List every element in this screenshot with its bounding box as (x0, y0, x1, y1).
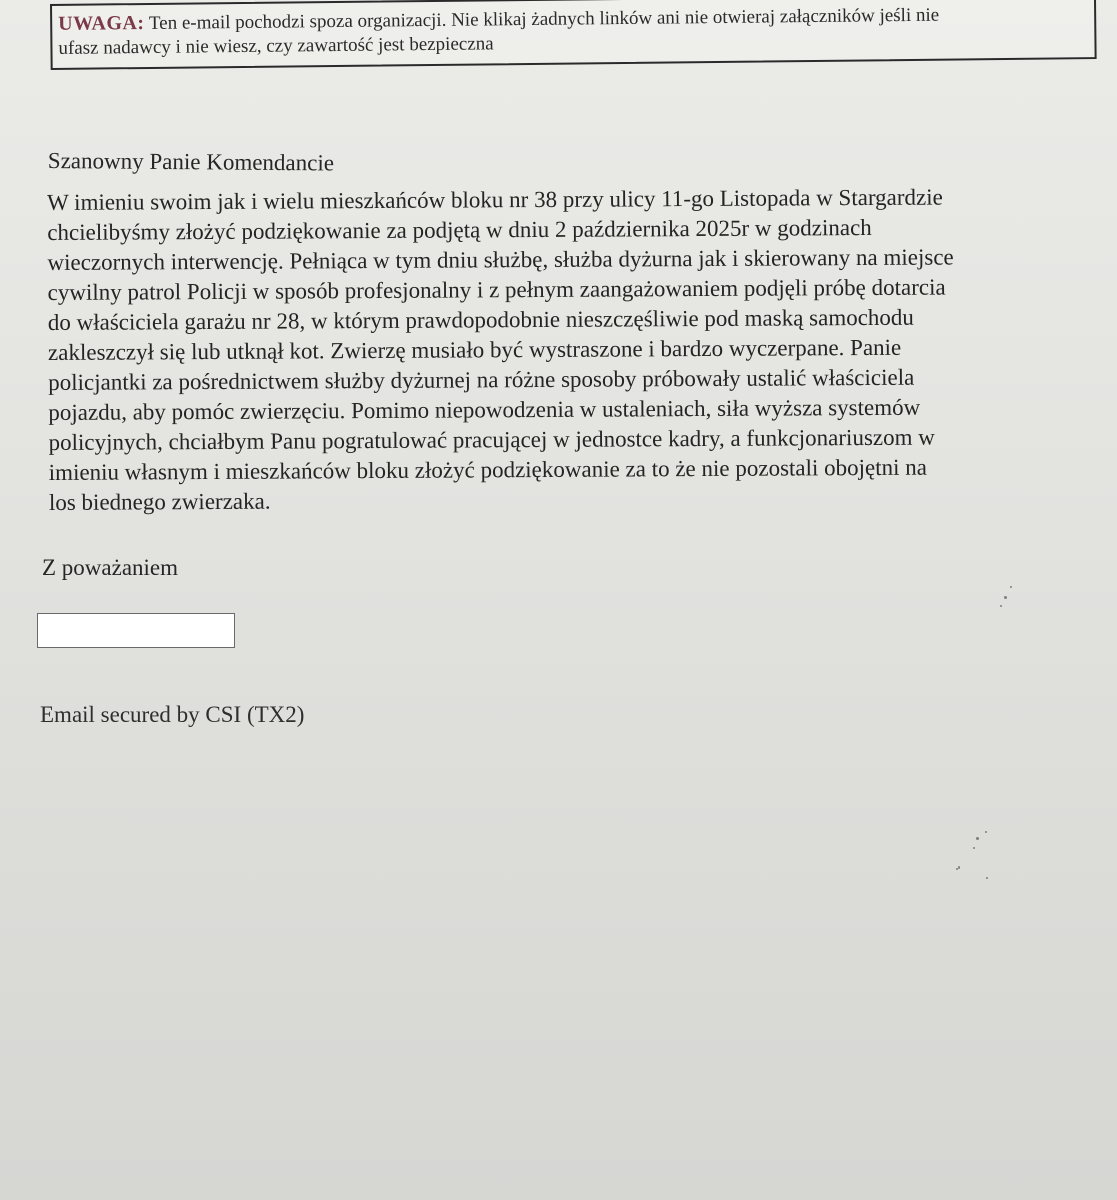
paper-speck (1000, 605, 1002, 607)
warning-text-line2: ufasz nadawcy i nie wiesz, czy zawartość… (58, 33, 493, 59)
body-line: los biednego zwierzaka. (49, 482, 1094, 518)
external-email-warning-banner: UWAGA: Ten e-mail pochodzi spoza organiz… (50, 0, 1097, 70)
letter-closing: Z poważaniem (42, 553, 178, 583)
body-line: W imieniu swoim jak i wielu mieszkańców … (47, 182, 1092, 218)
paper-speck (958, 866, 960, 869)
paper-speck (1004, 596, 1007, 599)
email-security-note: Email secured by CSI (TX2) (40, 700, 304, 730)
letter-body: W imieniu swoim jak i wielu mieszkańców … (47, 182, 1094, 518)
paper-speck (985, 831, 987, 833)
paper-speck (1010, 586, 1012, 588)
paper-speck (986, 877, 988, 879)
warning-text-line1: Ten e-mail pochodzi spoza organizacji. N… (144, 5, 939, 34)
paper-speck (973, 847, 975, 849)
letter-salutation: Szanowny Panie Komendancie (48, 146, 334, 178)
warning-label: UWAGA: (58, 12, 145, 35)
redacted-signature-box (37, 613, 235, 648)
printed-email-page: UWAGA: Ten e-mail pochodzi spoza organiz… (0, 0, 1117, 1200)
paper-speck (956, 868, 958, 870)
body-line: cywilny patrol Policji w sposób profesjo… (48, 272, 1093, 308)
paper-speck (976, 837, 979, 840)
